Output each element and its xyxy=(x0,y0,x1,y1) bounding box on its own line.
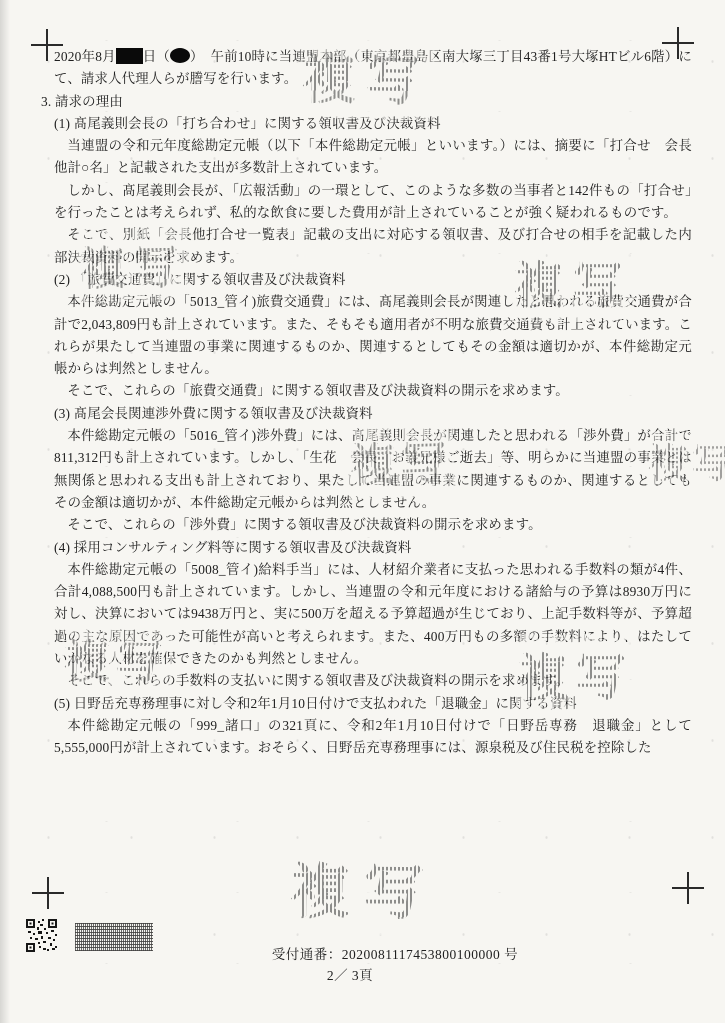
intro-text-day: 日（ xyxy=(143,49,170,64)
redaction-circle xyxy=(170,48,190,63)
section-1-paragraph: しかし、髙尾義則会長が、「広報活動」の一環として、このような多数の当事者と142… xyxy=(54,180,692,225)
qr-code xyxy=(26,919,57,952)
copy-stamp-watermark: 複写 xyxy=(648,432,725,489)
section-3-title: (3) 髙尾会長関連渉外費に関する領収書及び決裁資料 xyxy=(54,403,692,425)
copy-stamp-watermark: 複写 xyxy=(518,638,634,710)
registration-mark-bottom-left xyxy=(32,877,64,909)
section-5-paragraph: 本件総勘定元帳の「999_諸口」の321頁に、令和2年1月10日付けで「日野岳専… xyxy=(54,715,692,760)
scan-edge-shadow xyxy=(0,0,10,1023)
redaction-box xyxy=(116,48,143,64)
section-4-title: (4) 採用コンサルティング料等に関する領収書及び決裁資料 xyxy=(54,537,692,559)
copy-stamp-watermark: 複写 xyxy=(290,844,439,931)
receipt-number-line: 受付通番：2020081117453800100000 号 xyxy=(80,944,680,965)
page-indicator: 2／ 3頁 xyxy=(80,965,680,986)
scanned-document-page: { "page": { "background_color": "#f7f6f2… xyxy=(0,0,725,1023)
section-2-paragraph: そこで、これらの「旅費交通費」に関する領収書及び決裁資料の開示を求めます。 xyxy=(54,380,692,402)
section-1-paragraph: 当連盟の令和元年度総勘定元帳（以下「本件総勘定元帳」といいます。）には、摘要に「… xyxy=(54,135,692,180)
copy-stamp-watermark: 複写 xyxy=(514,246,632,318)
copy-stamp-watermark: 複写 xyxy=(301,37,430,116)
copy-stamp-watermark: 複写 xyxy=(349,426,453,496)
footer: 受付通番：2020081117453800100000 号 2／ 3頁 xyxy=(80,944,680,986)
registration-mark-bottom-right xyxy=(672,872,704,904)
intro-text-date: 2020年8月 xyxy=(54,49,116,64)
section-3-paragraph: そこで、これらの「渉外費」に関する領収書及び決裁資料の開示を求めます。 xyxy=(54,514,692,536)
copy-stamp-watermark: 複写 xyxy=(63,625,168,693)
copy-stamp-watermark: 複写 xyxy=(79,231,184,299)
